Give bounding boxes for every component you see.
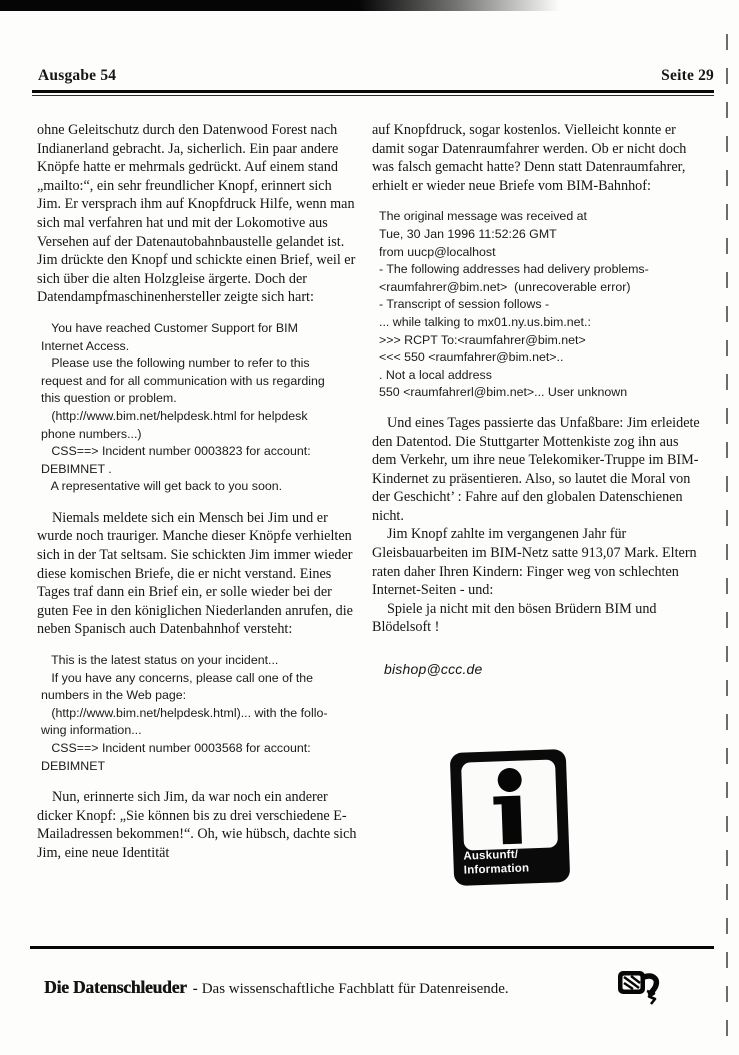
support-message-block-1: You have reached Customer Support for BI… <box>37 320 358 496</box>
information-sign-label: Auskunft/ Information <box>463 847 529 877</box>
message-line: <<< 550 <raumfahrer@bim.net>.. <box>379 349 706 367</box>
message-line: If you have any concerns, please call on… <box>41 670 358 688</box>
page-header: Ausgabe 54 Seite 29 <box>38 67 714 85</box>
author-email: bishop@ccc.de <box>384 661 706 677</box>
support-message-block-2: This is the latest status on your incide… <box>37 652 358 775</box>
magazine-page: Ausgabe 54 Seite 29 ohne Geleitschutz du… <box>0 0 739 1055</box>
message-line: request and for all communication with u… <box>41 373 358 391</box>
information-sign-panel <box>461 759 558 850</box>
message-line: Tue, 30 Jan 1996 11:52:26 GMT <box>379 226 706 244</box>
message-line: wing information... <box>41 722 358 740</box>
message-line: - Transcript of session follows - <box>379 296 706 314</box>
left-column: ohne Geleitschutz durch den Datenwood Fo… <box>37 121 358 947</box>
message-line: phone numbers...) <box>41 426 358 444</box>
message-line: CSS==> Incident number 0003568 for accou… <box>41 740 358 758</box>
message-line: Please use the following number to refer… <box>41 355 358 373</box>
issue-label: Ausgabe 54 <box>38 67 116 85</box>
message-line: A representative will get back to you so… <box>41 478 358 496</box>
message-line: numbers in the Web page: <box>41 687 358 705</box>
header-rule <box>32 90 714 96</box>
message-line: Internet Access. <box>41 338 358 356</box>
footer: Die Datenschleuder-Das wissenschaftliche… <box>44 977 509 998</box>
message-line: The original message was received at <box>379 208 706 226</box>
right-column: auf Knopfdruck, sogar kostenlos. Viellei… <box>372 121 706 677</box>
paragraph-niemals: Niemals meldete sich ein Mensch bei Jim … <box>37 509 358 639</box>
page-number: Seite 29 <box>661 67 714 85</box>
paragraph-intro: ohne Geleitschutz durch den Datenwood Fo… <box>37 121 358 307</box>
message-line: DEBIMNET . <box>41 461 358 479</box>
message-line: . Not a local address <box>379 367 706 385</box>
scan-artifact-top-bar <box>0 0 560 11</box>
footer-separator: - <box>187 981 202 997</box>
footer-tagline: Das wissenschaftliche Fachblatt für Date… <box>202 981 509 997</box>
info-icon-stem <box>501 796 522 845</box>
info-icon <box>497 768 522 793</box>
message-line: >>> RCPT To:<raumfahrer@bim.net> <box>379 332 706 350</box>
paragraph-jim-knopf: Jim Knopf zahlte im vergangenen Jahr für… <box>372 525 706 599</box>
message-line: 550 <raumfahrerl@bim.net>... User unknow… <box>379 384 706 402</box>
footer-rule <box>30 946 714 949</box>
message-line: - The following addresses had delivery p… <box>379 261 706 279</box>
paragraph-spiele: Spiele ja nicht mit den bösen Brüdern BI… <box>372 600 706 637</box>
message-line: (http://www.bim.net/helpdesk.html for he… <box>41 408 358 426</box>
message-line: You have reached Customer Support for BI… <box>41 320 358 338</box>
scan-artifact-right-line <box>726 34 728 1039</box>
bounce-message-block: The original message was received atTue,… <box>372 208 706 402</box>
message-line: from uucp@localhost <box>379 244 706 262</box>
message-line: DEBIMNET <box>41 758 358 776</box>
message-line: CSS==> Incident number 0003823 for accou… <box>41 443 358 461</box>
message-line: (http://www.bim.net/helpdesk.html)... wi… <box>41 705 358 723</box>
paragraph-datentod: Und eines Tages passierte das Unfaßbare:… <box>372 414 706 526</box>
paragraph-knopfdruck: auf Knopfdruck, sogar kostenlos. Viellei… <box>372 121 706 195</box>
magazine-title: Die Datenschleuder <box>44 977 187 999</box>
message-line: ... while talking to mx01.ny.us.bim.net.… <box>379 314 706 332</box>
information-sign: Auskunft/ Information <box>450 749 571 886</box>
message-line: This is the latest status on your incide… <box>41 652 358 670</box>
message-line: this question or problem. <box>41 390 358 408</box>
monitor-slingshot-icon <box>616 964 664 1008</box>
message-line: <raumfahrer@bim.net> (unrecoverable erro… <box>379 279 706 297</box>
paragraph-nun: Nun, erinnerte sich Jim, da war noch ein… <box>37 788 358 862</box>
